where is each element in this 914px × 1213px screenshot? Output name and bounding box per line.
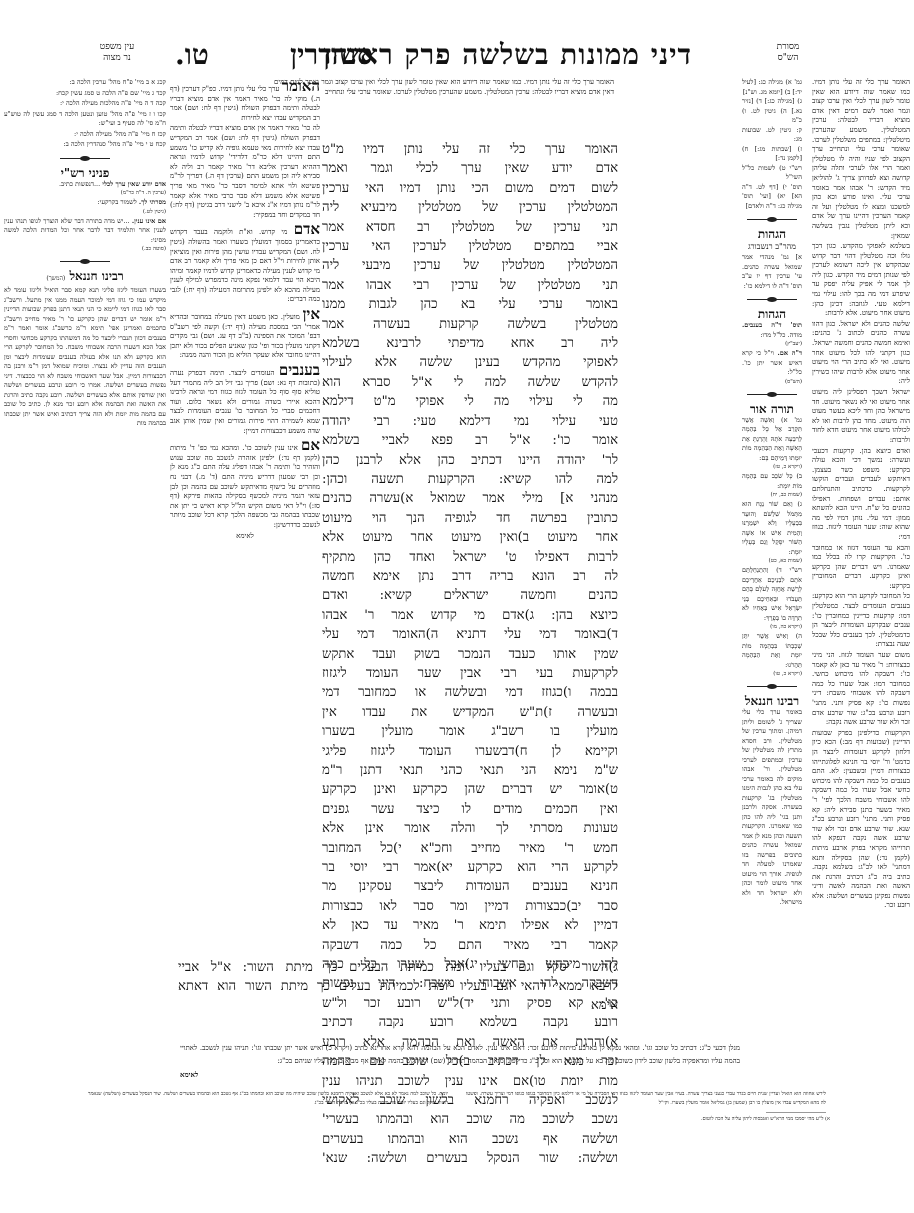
pninei-rashi-text: ...דנפשות כתיב. xyxy=(59,180,100,188)
torah-or-verse: רש"י ד) וְהִתְנַחַלְתֶּם אֹתָם לִבְנֵיכֶ… xyxy=(742,566,802,622)
ornament-divider xyxy=(747,392,797,398)
masoret-line: תוס' י) [דף לט. ד"ה הא] יא) [ועי' תוס' מ… xyxy=(742,183,802,212)
rashi-paragraph: בשלמא לאפוקי מהקדש. כגון דכך גולו וכה מט… xyxy=(812,242,910,319)
ein-mishpat: קכג א ב מיי' פ"ח מהל' ערכין הלכה ב: קכד … xyxy=(4,78,166,150)
gemara-line: אחר מיעוט ב)ואין מיעוט אחר מיעוט אלא xyxy=(322,528,618,547)
gemara-line: לאפוקי מהקדש בעינן שלשה אלא לעילוי xyxy=(322,353,618,372)
right-margin: גמ' א) מגילה כג: [לעיל יד:] ב) [יומא מג.… xyxy=(742,78,910,1038)
tosafot-text: העומדים ליבצר. תימה דבפרק נערה (כתובות ד… xyxy=(170,369,320,435)
bottom-notes-right: לירש אחוזה הוא הואיל ועדיין שנית חיים בג… xyxy=(466,1090,826,1108)
source-ref: (שמות כב, יח) xyxy=(742,491,802,499)
gemara-line: כיוצא בהן: ג)אדם מי קדוש אמר ר' אבהו xyxy=(322,606,618,625)
ornament-divider xyxy=(747,297,797,303)
rabbeinu-chananel-title: רבינו חננאל xyxy=(742,694,802,708)
gemara-line: המטלטלין ערכין של מטלטלין מיבעיא ליה xyxy=(322,198,618,217)
bottom-note-text: לירש אחוזה הוא הואיל ועדיין שנית חיים בג… xyxy=(466,1091,826,1106)
tosafot-text: מועלין. כאן משמע דאין מעילה במחובר ובהדי… xyxy=(170,313,320,359)
hagahot-maharav-subtitle: מהר"ב רנשבורג xyxy=(742,241,802,253)
pninei-rashi-head: אם אינו ענין. xyxy=(132,217,166,225)
gemara-line: ט)אומר יש דברים שהן כקרקע ואינן כקרקע xyxy=(322,780,618,799)
hagahot-maharav-text: א] גמ' מנהדי אמר שמואל עשרה כהנים. עי' ע… xyxy=(742,253,802,291)
ein-mishpat-entry: קכד ג מיי' שם פ"ה הלכה ט סמג עשין קכח: xyxy=(4,89,166,99)
ein-mishpat-entry: קכח ט י מיי' פ"ה מהל' סנהדרין הלכה ב: xyxy=(4,140,166,150)
tosafot-text: מי קדוש. וא"ת ולוקמה בעבד דקדוש כדאמרינן… xyxy=(170,228,320,303)
rashi-paragraph: ואדם כיוצא בהן. קרקעות דכעכי ועשרה: נמשך… xyxy=(812,447,910,543)
source-ref: (סוטה כב.) xyxy=(4,245,166,253)
masoret-line: גמ' א) מגילה כג: [לעיל יד:] ב) [יומא מג.… xyxy=(742,78,802,97)
gemara-line: כהנים וחמשה ישראלים קשיא: ואדם xyxy=(322,586,618,605)
rabbeinu-chananel-left-header: רבינו חננאל (המשך) xyxy=(4,269,166,286)
tosafot-dibbur-hamatchil: אדם xyxy=(294,220,320,238)
tosafot-column: האומר ערך כלי עלי נותן דמיו. כפ"ק דערכין… xyxy=(170,78,320,958)
gemara-line: ואין חכמים מודים לו כיצד עשר גפנים xyxy=(322,800,618,819)
gemara-line: אימא xyxy=(178,996,618,1015)
bottom-notes-left: יומת. כל שוכב למה נאמר לא בא אלא לנשכב ו… xyxy=(88,1090,448,1108)
tosafot-dibbur-hamatchil: בענבים xyxy=(279,361,320,379)
gemara-line: אביי במתפים מטלטלין לערכין האי ערכין xyxy=(322,237,618,256)
rashi-paragraph: משום שער העומד לגזוז. הני מיני כבצורות: … xyxy=(812,651,910,728)
gemara-line: חנינא בענבים העומדות ליבצר עסקינן מר xyxy=(322,877,618,896)
hagahot-maharav-title: הגהות xyxy=(742,227,802,241)
gemara-line: לה רב הונא בריה דרב נתן אימא חמשה xyxy=(322,567,618,586)
chapter-title: דיני ממונות בשלשה פרק ראשון xyxy=(323,40,692,70)
gemara-line: לקרקעות בעי רבי אבין שער העומד ליגזוז xyxy=(322,664,618,683)
page-number: טו. xyxy=(175,40,209,70)
gemara-line: ד)באומר דמי עלי דתניא ה)האומר דמי עלי xyxy=(322,625,618,644)
tosafot-dibbur-hamatchil: אין xyxy=(303,305,320,323)
source-ref: (ערכין ה. ד"ה כר"מ) xyxy=(4,189,166,197)
source-ref: (הש"ס) xyxy=(742,378,802,386)
tosafot-dibbur-hamatchil: האומר xyxy=(282,78,320,95)
hagahot-entry-text: מודה. כל"ל מדו: xyxy=(760,331,802,339)
torah-or-verse: ג) וְאִם שׁוֹר נַגָּח הוּא מִתְּמֹל שִׁל… xyxy=(742,500,802,556)
pninei-rashi-head: אדם יודע שאין ערך לכלי xyxy=(102,180,166,188)
footnote-rule xyxy=(766,1112,826,1113)
gemara-line: לר' יהודה היינו דכתיב כהן אלא לרבנן כהן xyxy=(322,451,618,470)
gemara-line: לרבא ממאי דהאי וגם בעליו יומת לכמיתת בעל… xyxy=(178,977,618,996)
gemara-line: מועלין בו רשב"ג אומר מועלין בשערו xyxy=(322,722,618,741)
rashi-paragraph: והכא עד העומד דגזוז או כמחובר כו'. הקרקע… xyxy=(812,544,910,592)
rashi-paragraph: שלשה כהנים ולא ישראל. כגון דהוו עשרה כהנ… xyxy=(812,320,910,387)
masoret-line: ז) [שבתות מג:] ח) [לקמן נד:] xyxy=(742,145,802,164)
footnote-text: א) ל"ע מהי יסמכו ממי הרא"ש ואגבסוה ליהון… xyxy=(701,1116,830,1122)
gemara-line: ושלשה: שור הנסקל בעשרים ושלשה: שנא' xyxy=(322,1149,618,1168)
label-line: נר מצוה xyxy=(92,53,142,64)
ein-mishpat-entry: קכו ו ז מיי' פ"ה מהל' טוען ונטען הלכה ד … xyxy=(4,110,166,129)
gemara-line: לרבות דאפילו ט' ישראל ואחד כהן מתקיף xyxy=(322,548,618,567)
gemara-line: סבר יב)כבצורות דמיין ומר סבר לאו כבצורות xyxy=(322,897,618,916)
tosafot-text: לה כר' מאיר דאמר אין אדם מוציא דבריו לבט… xyxy=(170,124,320,220)
ornament-divider xyxy=(60,156,110,162)
continuation-label: (המשך) xyxy=(46,275,65,282)
rashi-paragraph: האומר ערך כלי זה עלי נותן דמיו. כמו שאמר… xyxy=(812,78,910,241)
bottom-commentary-text: מנלן דכעי כ"ג: דכתיב כל שוכב וגו'. ומהאי… xyxy=(180,1044,740,1065)
torah-or-title: תורה אור xyxy=(742,402,802,416)
gemara-line: מטלטלין בשלשה קרקעות בעשרה אמר xyxy=(322,315,618,334)
ornament-divider xyxy=(747,684,797,690)
hagahot-entry-head: ד"ה אם. xyxy=(778,349,803,357)
tosafot-catchword: לאימא xyxy=(170,532,320,542)
gemara-line: וקיימא לן ח)דבשערו העומד ליגזוז פליגי xyxy=(322,742,618,761)
gemara-line: קאמר רבי מאיר התם כל כמה דשבקה xyxy=(322,936,618,955)
gemara-line: טעי עילוי נמי דילמא טעי: רבי יהודה xyxy=(322,412,618,431)
gemara-line: ושלשה אף נשכב הוא ובהמתו בעשרים xyxy=(322,1130,618,1149)
ornament-divider xyxy=(747,217,797,223)
ornament-divider xyxy=(60,259,110,265)
label-line: מסורת xyxy=(768,42,808,53)
tosafot-dibbur-hamatchil: אם xyxy=(301,436,320,454)
gemara-line: חמש ר' מאיר מחייב וחכ"א י)כל המחובר xyxy=(322,839,618,858)
gemara-line: דמיין לא אפילו תימא ר' מאיר עד כאן לא xyxy=(322,916,618,935)
rashi-paragraph: ישראל דשכך דפסלינן ליה מיעוט אחר מיעוט ו… xyxy=(812,388,910,446)
gemara-line: ג)השור יסקל וגם בעליו יומת כמיתת הבעלים … xyxy=(178,958,618,977)
catchword: לאימא xyxy=(180,1068,740,1081)
rabbeinu-chananel-text: באומר ערך כלי עלי שצריך ג' לשומם וליתן ד… xyxy=(742,708,802,908)
gemara-line: תני מטלטלין של ערכין רבי אבהו אמר xyxy=(322,276,618,295)
pninei-rashi-head: מסרתי לך. xyxy=(139,198,166,206)
gemara-line: המטלטלין מטלטלין של ערכין מיבעי ליה xyxy=(322,256,618,275)
ein-mishpat-label: עין משפט נר מצוה xyxy=(92,42,142,64)
left-margin: קכג א ב מיי' פ"ח מהל' ערכין הלכה ב: קכד … xyxy=(4,78,166,1038)
gemara-wide-lines: ג)השור יסקל וגם בעליו יומת כמיתת הבעלים … xyxy=(178,958,618,1015)
gemara-line: מה לי עילוי מה לי אפוקי מ"ט דילמא xyxy=(322,392,618,411)
gemara-line: שמין אותו כעבד הנמכר בשוק ועבד אתקש xyxy=(322,645,618,664)
gemara-line: ש"מ נימא הני תנאי כהני תנאי דתנן ר"מ xyxy=(322,761,618,780)
pninei-rashi-text: לשמור בקרקעי: xyxy=(97,198,136,206)
torah-or-verse: ה) וְאִישׁ אֲשֶׁר יִתֵּן שְׁכָבְתּוֹ בִּ… xyxy=(742,632,802,669)
source-ref: (יעב"ץ) xyxy=(742,340,802,348)
gemara-line: להקדש שלשה למה לי א"ל סברא הוא xyxy=(322,373,618,392)
masoret-line: ג) [מגילה כג:] ד) [נזיר נא.] ה) גיטין לט… xyxy=(742,97,802,126)
source-ref: (ויקרא כה, מו) xyxy=(742,623,802,631)
source-ref: (ויקרא כ, טו) xyxy=(742,670,802,678)
source-ref: (שמות כא, כט) xyxy=(742,557,802,565)
torah-or-verse: ב) כָּל שֹׁכֵב עִם בְּהֵמָה מוֹת יוּמָת: xyxy=(742,472,802,490)
gemara-line: ליה רב אחא מדיפתי לרבינא בשלמא xyxy=(322,334,618,353)
source-ref: (גיטין לט.) xyxy=(4,208,166,216)
pninei-rashi-title: פניני רש"י xyxy=(4,166,166,180)
gemara-line: ובעשרה ז)ת"ש המקדיש את עבדו אין xyxy=(322,703,618,722)
source-ref: (ויקרא כ, טז) xyxy=(742,463,802,471)
gemara-line: למה להו קשיא: הקרקעות תשעה וכהן: xyxy=(322,470,618,489)
rabbeinu-chananel-title: רבינו חננאל xyxy=(69,269,123,283)
bottom-commentary: מנלן דכעי כ"ג: דכתיב כל שוכב וגו'. ומהאי… xyxy=(180,1042,740,1081)
rashi-paragraph: הקרקעות כדילפינן בפרק שבועות הדיינין (שב… xyxy=(812,729,910,911)
ein-mishpat-entry: קכה ד ה מיי' פ"ה מהלכות מעילה הלכה י: xyxy=(4,99,166,109)
tractate-name: סנהדרין xyxy=(290,40,373,70)
footnote: א) ל"ע מהי יסמכו ממי הרא"ש ואגבסוה ליהון… xyxy=(570,1116,830,1122)
page-header: מסורת הש"ס דיני ממונות בשלשה פרק ראשון ס… xyxy=(0,40,914,74)
gemara-line: לקרקע הרי הוא כקרקע יא)אמר רבי יוסי בר xyxy=(322,858,618,877)
margin-notes: הגהות מהר"ב רנשבורג א] גמ' מנהדי אמר שמו… xyxy=(742,211,802,909)
gemara-line: טעונות מסרתי לך והלה אומר אינן אלא xyxy=(322,819,618,838)
rashi-column: האומר ערך כלי זה עלי נותן דמיו. כמו שאמר… xyxy=(812,78,910,912)
gemara-line: לשום דמים משום הכי נותן דמיו האי ערכין xyxy=(322,179,618,198)
gemara-line: כתובין בפרשה חד לגופיה הנך הוי מיעוט xyxy=(322,509,618,528)
torah-or-verse: גמ' א) וְאִשָּׁה אֲשֶׁר תִּקְרַב אֶל כָּ… xyxy=(742,416,802,462)
tosafot-text: אינו ענין לשוכב כו'. ומהכא נמי כפ' ד' מי… xyxy=(170,444,320,529)
top-commentary-text: האומר ערך כלי זה עלי נותן דמיו. כמו שאמר… xyxy=(274,78,614,96)
rashi-paragraph: כל המחובר לקרקע הרי הוא כקרקע: בענבים הע… xyxy=(812,592,910,650)
gemara-line: באומר ערכי עלי בא כהן לגבות ממנו xyxy=(322,295,618,314)
gemara-line: אומר כו': א"ל רב פפא לאביי בשלמא xyxy=(322,431,618,450)
gemara-line: אדם יודע שאין ערך לכלי וגמר ואמר xyxy=(322,159,618,178)
masoret-hashas-label: מסורת הש"ס xyxy=(768,42,808,64)
masoret-line: רש"י ט) לשמות כל"ל השי"ל xyxy=(742,164,802,183)
masoret-hashas: גמ' א) מגילה כג: [לעיל יד:] ב) [יומא מג.… xyxy=(742,78,802,211)
gemara-line: מנהני א] מילי אמר שמואל א)עשרה כהנים xyxy=(322,489,618,508)
gemara-top-commentary: האומר ערך כלי זה עלי נותן דמיו. כמו שאמר… xyxy=(274,78,614,146)
rabbeinu-chananel-text: בשערו העומד ליגזז פליגי תנא קמא סבר הואי… xyxy=(4,286,166,429)
label-line: הש"ס xyxy=(768,53,808,64)
hagahot-title: הגהות xyxy=(742,307,802,321)
gemara-line: האומר ערך כלי זה עלי נותן דמיו מ"ט xyxy=(322,140,618,159)
gemara-line: בבמה ו)כגוזז דמי ובשלשה או כמחובר דמי xyxy=(322,683,618,702)
label-line: עין משפט xyxy=(92,42,142,53)
hagahot-entry-head: תוס' ד"ה בענבים. xyxy=(742,321,802,329)
masoret-line: ק: גיטין לט. שבועות מג: xyxy=(742,126,802,145)
gemara-line: תני ערכין של מטלטלין רב חסדא אמר xyxy=(322,218,618,237)
ein-mishpat-entry: קכז ח מיי' פ"ה מהל' מעילה הלכה י: xyxy=(4,130,166,140)
ein-mishpat-entry: קכג א ב מיי' פ"ח מהל' ערכין הלכה ב: xyxy=(4,78,166,88)
bottom-note-text: יומת. כל שוכב למה נאמר לא בא אלא לנשכב ו… xyxy=(88,1091,448,1106)
gemara-line: רובע נקבה בשלמא רובע נקבה דכתיב xyxy=(322,1013,618,1032)
